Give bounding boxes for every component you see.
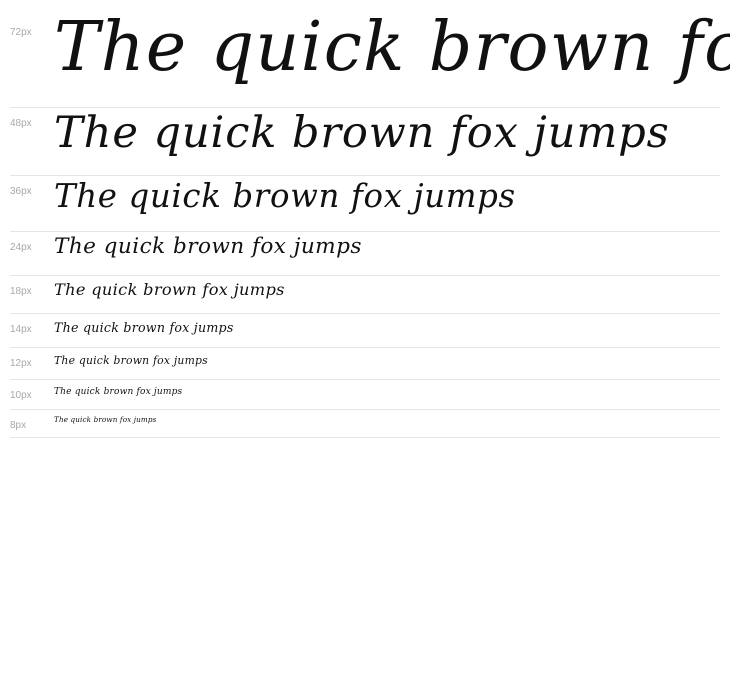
sample-text: The quick brown fox jumps	[54, 236, 362, 258]
preview-row-48: 48px The quick brown fox jumps	[10, 108, 720, 176]
size-label: 72px	[10, 27, 32, 38]
size-label: 24px	[10, 242, 32, 253]
font-preview-viewport: 72px The quick brown fox jumps 48px The …	[0, 0, 730, 700]
preview-row-12: 12px The quick brown fox jumps	[10, 348, 720, 380]
preview-row-18: 18px The quick brown fox jumps	[10, 276, 720, 314]
preview-row-72: 72px The quick brown fox jumps	[10, 0, 720, 108]
sample-text: The quick brown fox jumps	[54, 416, 156, 423]
sample-text: The quick brown fox jumps	[54, 282, 285, 298]
preview-row-24: 24px The quick brown fox jumps	[10, 232, 720, 276]
size-label: 14px	[10, 324, 32, 335]
size-label: 8px	[10, 420, 26, 431]
size-label: 10px	[10, 390, 32, 401]
sample-text: The quick brown fox jumps	[54, 322, 234, 335]
preview-row-8: 8px The quick brown fox jumps	[10, 410, 720, 438]
sample-text: The quick brown fox jumps	[54, 112, 670, 155]
preview-row-10: 10px The quick brown fox jumps	[10, 380, 720, 410]
size-label: 48px	[10, 118, 32, 129]
size-label: 36px	[10, 186, 32, 197]
sample-text: The quick brown fox jumps	[54, 14, 730, 82]
preview-row-14: 14px The quick brown fox jumps	[10, 314, 720, 348]
sample-text: The quick brown fox jumps	[54, 388, 182, 397]
preview-row-36: 36px The quick brown fox jumps	[10, 176, 720, 232]
size-label: 18px	[10, 286, 32, 297]
size-label: 12px	[10, 358, 32, 369]
sample-text: The quick brown fox jumps	[54, 180, 516, 212]
sample-text: The quick brown fox jumps	[54, 356, 208, 367]
